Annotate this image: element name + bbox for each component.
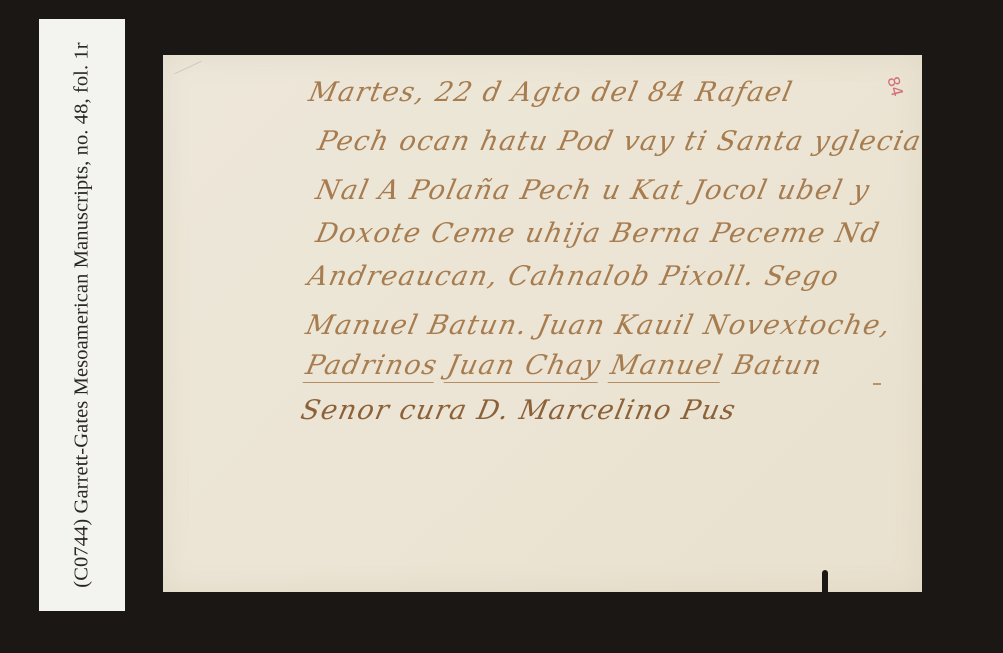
manuscript-line-8: Senor cura D. Marcelino Pus (298, 395, 739, 426)
manuscript-page: 84 Martes, 22 d Agto del 84 Rafael Pech … (163, 55, 922, 592)
manuscript-line-5: Andreaucan, Cahnalob Pixoll. Sego (305, 261, 843, 292)
catalog-label-text: (C0744) Garrett-Gates Mesoamerican Manus… (71, 42, 94, 587)
pencil-mark (174, 61, 202, 75)
manuscript-line-1: Martes, 22 d Agto del 84 Rafael (306, 77, 913, 108)
manuscript-line-2: Pech ocan hatu Pod vay ti Santa yglecia (315, 126, 925, 157)
manuscript-line-4: Doxote Ceme uhija Berna Peceme Nd (313, 218, 883, 249)
godparent-name-1: Juan Chay (444, 350, 604, 383)
paper-edge-notch (822, 570, 828, 592)
godparent-name-2-last: Batun (730, 350, 826, 381)
godparent-name-2-first: Manuel (607, 350, 726, 383)
manuscript-line-6: Manuel Batun. Juan Kauil Novextoche, (303, 310, 894, 341)
manuscript-line-7: Padrinos Juan Chay Manuel Batun (303, 350, 826, 381)
ink-dash (873, 383, 881, 385)
catalog-label-strip: (C0744) Garrett-Gates Mesoamerican Manus… (39, 19, 125, 611)
padrinos-word: Padrinos (303, 350, 441, 383)
manuscript-line-3: Nal A Polaña Pech u Kat Jocol ubel y (313, 175, 873, 206)
